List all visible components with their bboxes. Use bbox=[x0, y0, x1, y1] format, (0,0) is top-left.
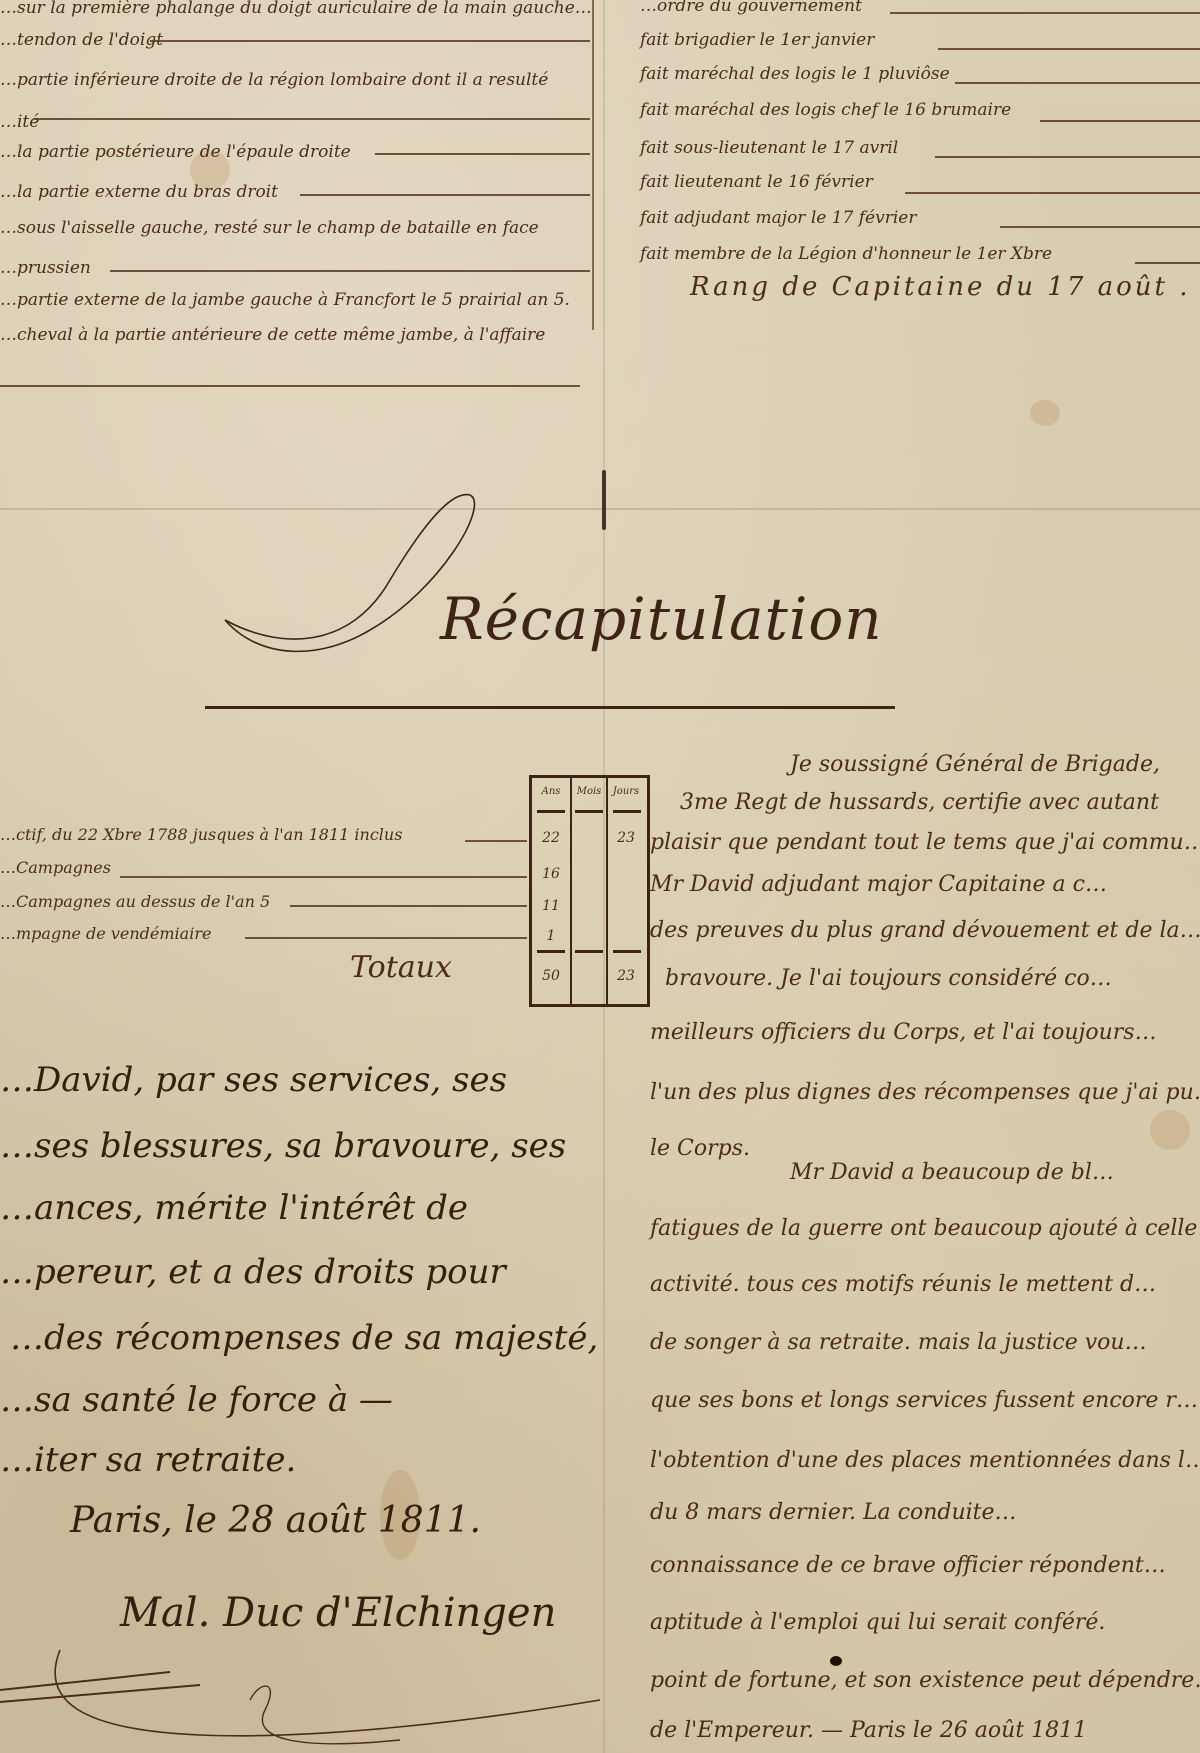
ruled-line bbox=[120, 876, 527, 878]
table-cell: 22 bbox=[533, 830, 569, 846]
table-cell: 16 bbox=[533, 866, 569, 882]
recap-row: …mpagne de vendémiaire bbox=[0, 924, 211, 943]
paper-tear bbox=[602, 470, 606, 530]
rank-line: Rang de Capitaine du 17 août . . bbox=[690, 272, 1200, 302]
endorsement-line: …pereur, et a des droits pour bbox=[0, 1252, 506, 1292]
letter-line: le Corps. bbox=[650, 1136, 750, 1161]
ruled-line bbox=[905, 192, 1200, 194]
endorsement-line: …ances, mérite l'intérêt de bbox=[0, 1188, 468, 1228]
table-cell: 23 bbox=[608, 830, 644, 846]
recap-row: …Campagnes au dessus de l'an 5 bbox=[0, 892, 270, 911]
letter-line: Mr David a beaucoup de bl… bbox=[790, 1160, 1114, 1185]
column-header: Mois bbox=[571, 786, 607, 797]
column-header: Jours bbox=[608, 786, 644, 797]
signature-flourish bbox=[0, 1640, 620, 1753]
title-underline bbox=[205, 706, 895, 709]
ruled-line bbox=[955, 82, 1200, 84]
column-header: Ans bbox=[533, 786, 569, 797]
promotion-line: fait adjudant major le 17 février bbox=[640, 208, 916, 228]
page-title: Récapitulation bbox=[440, 585, 883, 653]
letter-line: de l'Empereur. — Paris le 26 août 1811 bbox=[650, 1718, 1087, 1743]
divider bbox=[613, 950, 641, 953]
paper-stain bbox=[1150, 1110, 1190, 1150]
signature: Mal. Duc d'Elchingen bbox=[120, 1590, 556, 1636]
ruled-line bbox=[375, 153, 590, 155]
divider bbox=[537, 810, 565, 813]
ruled-line bbox=[34, 118, 590, 120]
letter-line: des preuves du plus grand dévouement et … bbox=[650, 918, 1200, 943]
table-cell: 1 bbox=[533, 928, 569, 944]
wound-line: …la partie postérieure de l'épaule droit… bbox=[0, 142, 351, 162]
ruled-line bbox=[245, 937, 527, 939]
ruled-line bbox=[300, 194, 590, 196]
letter-line: meilleurs officiers du Corps, et l'ai to… bbox=[650, 1020, 1157, 1045]
recap-row: …Campagnes bbox=[0, 858, 111, 877]
letter-line: bravoure. Je l'ai toujours considéré co… bbox=[665, 966, 1112, 991]
wound-line: …sur la première phalange du doigt auric… bbox=[0, 0, 592, 18]
service-totals-table: Ans Mois Jours 22 23 16 11 1 50 23 bbox=[529, 775, 650, 1007]
totals-label: Totaux bbox=[350, 950, 452, 985]
divider bbox=[575, 810, 603, 813]
promotion-line: fait sous-lieutenant le 17 avril bbox=[640, 138, 898, 158]
endorsement-line: …ses blessures, sa bravoure, ses bbox=[0, 1126, 566, 1166]
wound-line: …tendon de l'doigt bbox=[0, 30, 163, 50]
wound-line: …la partie externe du bras droit bbox=[0, 182, 278, 202]
wound-line: …sous l'aisselle gauche, resté sur le ch… bbox=[0, 218, 539, 238]
letter-line: point de fortune, et son existence peut … bbox=[650, 1668, 1200, 1693]
promotion-line: fait membre de la Légion d'honneur le 1e… bbox=[640, 244, 1052, 264]
wound-line: …ité bbox=[0, 112, 39, 132]
place-and-date: Paris, le 28 août 1811. bbox=[70, 1500, 481, 1541]
letter-line: de songer à sa retraite. mais la justice… bbox=[650, 1330, 1147, 1355]
letter-line: l'un des plus dignes des récompenses que… bbox=[650, 1080, 1200, 1105]
letter-line: activité. tous ces motifs réunis le mett… bbox=[650, 1272, 1156, 1297]
divider bbox=[537, 950, 565, 953]
letter-line: Mr David adjudant major Capitaine a c… bbox=[650, 872, 1107, 897]
letter-line: connaissance de ce brave officier répond… bbox=[650, 1553, 1166, 1578]
letter-line: Je soussigné Général de Brigade, bbox=[790, 752, 1160, 777]
promotion-line: fait maréchal des logis chef le 16 bruma… bbox=[640, 100, 1011, 120]
divider bbox=[613, 810, 641, 813]
total-cell: 50 bbox=[533, 968, 569, 984]
ruled-line bbox=[935, 156, 1200, 158]
paper-stain bbox=[1030, 400, 1060, 426]
letter-line: plaisir que pendant tout le tems que j'a… bbox=[650, 830, 1200, 855]
letter-line: aptitude à l'emploi qui lui serait confé… bbox=[650, 1610, 1105, 1635]
letter-line: du 8 mars dernier. La conduite… bbox=[650, 1500, 1017, 1525]
ruled-line bbox=[1135, 262, 1200, 264]
endorsement-line: …sa santé le force à — bbox=[0, 1380, 393, 1420]
ruled-line bbox=[890, 12, 1200, 14]
wound-line: …partie externe de la jambe gauche à Fra… bbox=[0, 290, 570, 310]
wound-line: …partie inférieure droite de la région l… bbox=[0, 70, 548, 90]
endorsement-line: …iter sa retraite. bbox=[0, 1440, 296, 1480]
endorsement-line: …des récompenses de sa majesté, bbox=[10, 1318, 598, 1358]
ruled-line bbox=[110, 270, 590, 272]
column-divider bbox=[592, 0, 594, 330]
total-cell: 23 bbox=[608, 968, 644, 984]
divider bbox=[575, 950, 603, 953]
ruled-line bbox=[290, 905, 527, 907]
ruled-line bbox=[1040, 120, 1200, 122]
ruled-line bbox=[465, 840, 527, 842]
letter-line: que ses bons et longs services fussent e… bbox=[650, 1388, 1198, 1413]
letter-line: 3me Regt de hussards, certifie avec auta… bbox=[680, 790, 1159, 815]
ruled-line bbox=[0, 385, 580, 387]
endorsement-line: …David, par ses services, ses bbox=[0, 1060, 507, 1100]
letter-line: l'obtention d'une des places mentionnées… bbox=[650, 1448, 1200, 1473]
promotion-line: …ordre du gouvernement bbox=[640, 0, 862, 16]
ruled-line bbox=[1000, 226, 1200, 228]
letter-line: fatigues de la guerre ont beaucoup ajout… bbox=[650, 1216, 1200, 1241]
promotion-line: fait lieutenant le 16 février bbox=[640, 172, 873, 192]
ink-blot bbox=[830, 1656, 842, 1666]
wound-line: …cheval à la partie antérieure de cette … bbox=[0, 325, 545, 345]
table-cell: 11 bbox=[533, 898, 569, 914]
promotion-line: fait brigadier le 1er janvier bbox=[640, 30, 874, 50]
recap-row: …ctif, du 22 Xbre 1788 jusques à l'an 18… bbox=[0, 825, 402, 844]
paper-fold-horizontal bbox=[0, 508, 1200, 510]
wound-line: …prussien bbox=[0, 258, 91, 278]
promotion-line: fait maréchal des logis le 1 pluviôse bbox=[640, 64, 950, 84]
ruled-line bbox=[938, 48, 1200, 50]
ruled-line bbox=[150, 40, 590, 42]
